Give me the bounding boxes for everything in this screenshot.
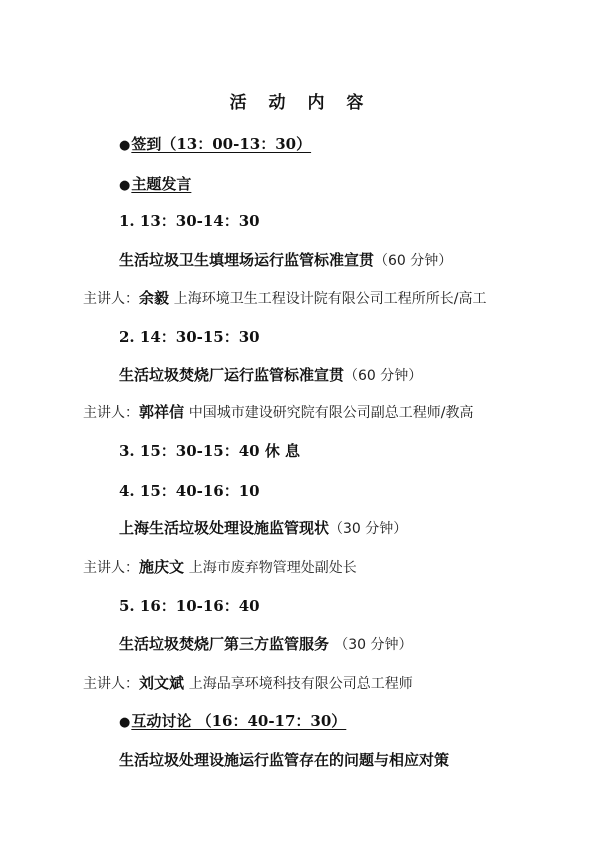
talk-2-topic: 生活垃圾焚烧厂运行监管标准宣贯 — [119, 366, 344, 384]
bullet-icon: ● — [119, 138, 130, 153]
speaker-prefix: 主讲人： — [83, 291, 139, 307]
section-keynote: ●主题发言 — [119, 175, 191, 195]
page-title: 活 动 内 容 — [0, 93, 601, 113]
talk-1-topic-line: 生活垃圾卫生填埋场运行监管标准宣贯（60 分钟） — [119, 251, 452, 270]
talk-1-time: 1. 13：30-14：30 — [119, 212, 260, 230]
talk-5-affiliation: 上海品享环境科技有限公司总工程师 — [189, 676, 413, 692]
section-signin-label: 签到（13：00-13：30） — [131, 135, 311, 153]
discussion-topic: 生活垃圾处理设施运行监管存在的问题与相应对策 — [119, 751, 449, 769]
talk-2-time: 2. 14：30-15：30 — [119, 328, 260, 346]
talk-4-duration: （30 分钟） — [329, 521, 407, 537]
talk-1-speaker: 余毅 — [139, 289, 169, 307]
talk-4-topic-line: 上海生活垃圾处理设施监管现状（30 分钟） — [119, 519, 407, 538]
section-discussion: ●互动讨论 （16：40-17：30） — [119, 712, 346, 732]
speaker-prefix: 主讲人： — [83, 676, 139, 692]
speaker-prefix: 主讲人： — [83, 405, 139, 421]
talk-4-speaker: 施庆文 — [139, 558, 184, 576]
talk-2-topic-line: 生活垃圾焚烧厂运行监管标准宣贯（60 分钟） — [119, 366, 422, 385]
talk-1-affiliation: 上海环境卫生工程设计院有限公司工程所所长/高工 — [174, 291, 487, 307]
talk-1-speaker-line: 主讲人：余毅 上海环境卫生工程设计院有限公司工程所所长/高工 — [83, 289, 487, 308]
talk-4-topic: 上海生活垃圾处理设施监管现状 — [119, 519, 329, 537]
talk-5-time: 5. 16：10-16：40 — [119, 597, 260, 615]
talk-5-topic-line: 生活垃圾焚烧厂第三方监管服务 （30 分钟） — [119, 635, 413, 654]
talk-5-speaker-line: 主讲人：刘文斌 上海品享环境科技有限公司总工程师 — [83, 674, 413, 693]
section-discussion-label: 互动讨论 （16：40-17：30） — [131, 712, 346, 730]
talk-1-duration: （60 分钟） — [374, 253, 452, 269]
talk-4-time: 4. 15：40-16：10 — [119, 482, 260, 500]
section-keynote-label: 主题发言 — [131, 175, 191, 193]
bullet-icon: ● — [119, 715, 130, 730]
speaker-prefix: 主讲人： — [83, 560, 139, 576]
talk-4-speaker-line: 主讲人：施庆文 上海市废弃物管理处副处长 — [83, 558, 357, 577]
talk-2-speaker: 郭祥信 — [139, 403, 184, 421]
talk-5-duration: （30 分钟） — [334, 637, 412, 653]
talk-2-duration: （60 分钟） — [344, 368, 422, 384]
section-signin: ●签到（13：00-13：30） — [119, 135, 311, 155]
talk-5-speaker: 刘文斌 — [139, 674, 184, 692]
talk-1-topic: 生活垃圾卫生填埋场运行监管标准宣贯 — [119, 251, 374, 269]
break-item: 3. 15：30-15：40 休 息 — [119, 442, 300, 460]
talk-2-speaker-line: 主讲人：郭祥信 中国城市建设研究院有限公司副总工程师/教高 — [83, 403, 474, 422]
talk-5-topic: 生活垃圾焚烧厂第三方监管服务 — [119, 635, 334, 653]
talk-4-affiliation: 上海市废弃物管理处副处长 — [189, 560, 357, 576]
bullet-icon: ● — [119, 178, 130, 193]
talk-2-affiliation: 中国城市建设研究院有限公司副总工程师/教高 — [189, 405, 474, 421]
